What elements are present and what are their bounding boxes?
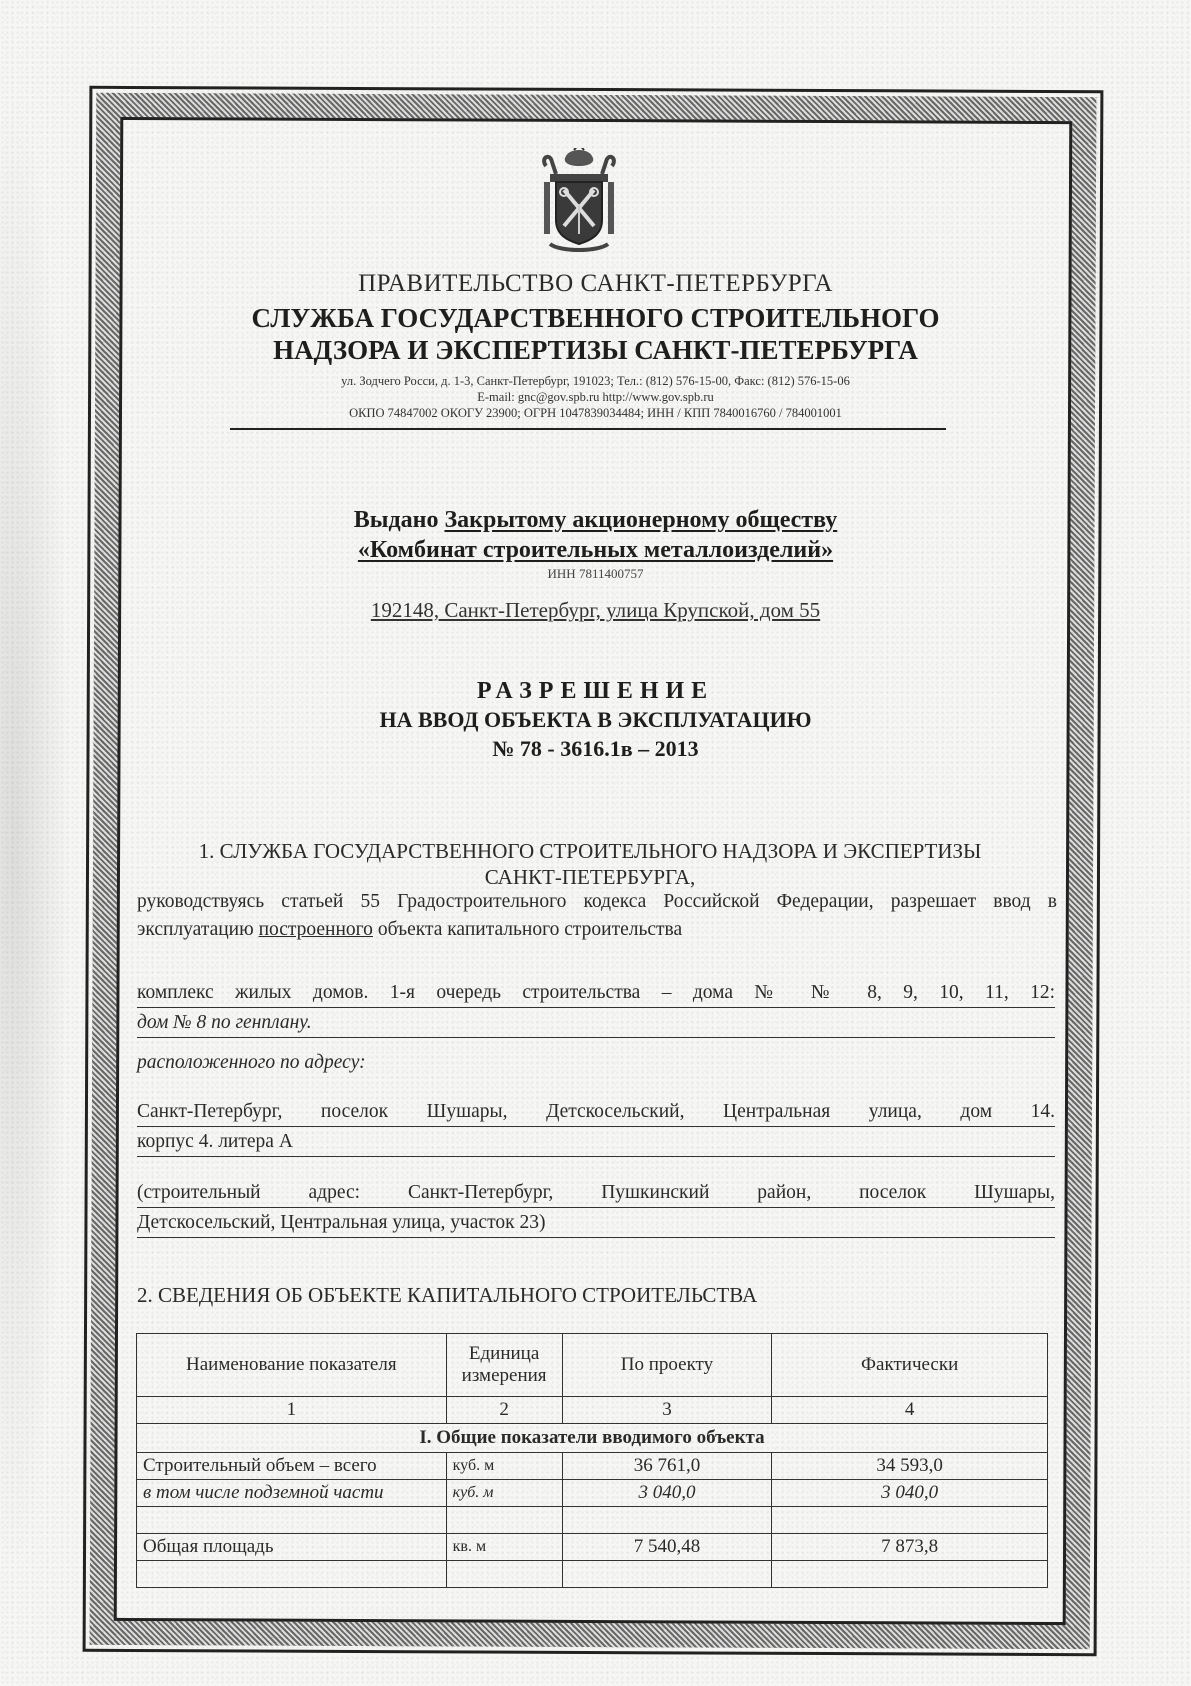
table-row-empty [137,1507,1048,1534]
located-label: расположенного по адресу: [137,1052,366,1074]
row-project: 3 040,0 [562,1480,772,1507]
header-by-project: По проекту [562,1334,772,1397]
object-name-line2: дом № 8 по генплану. [137,1008,1055,1038]
table-row-empty [137,1561,1048,1588]
row-actual [772,1561,1048,1588]
row-unit: кв. м [446,1534,562,1561]
section1-text-part2: объекта капитального строительства [373,919,682,940]
row-unit [446,1561,562,1588]
row-name: Общая площадь [137,1534,447,1561]
section1-text: руководствуясь статьей 55 Градостроитель… [137,888,1057,944]
section1-title-line1: 1. СЛУЖБА ГОСУДАРСТВЕННОГО СТРОИТЕЛЬНОГО… [140,838,1040,864]
permit-subtitle: НА ВВОД ОБЪЕКТА В ЭКСПЛУАТАЦИЮ [0,707,1191,733]
row-name: Строительный объем – всего [137,1453,447,1480]
row-name [137,1507,447,1534]
construction-address-field: (строительный адрес: Санкт-Петербург, Пу… [137,1178,1055,1238]
column-number: 4 [772,1397,1048,1424]
row-actual: 7 873,8 [772,1534,1048,1561]
header-indicator-name: Наименование показателя [137,1334,447,1397]
object-name-line1: комплекс жилых домов. 1-я очередь строит… [137,978,1055,1008]
group-title: I. Общие показатели вводимого объекта [137,1424,1048,1453]
object-address-line2: корпус 4. литера А [137,1127,1055,1157]
permit-number: № 78 - 3616.1в – 2013 [0,736,1191,762]
contacts-codes: ОКПО 74847002 ОКОГУ 23900; ОГРН 10478390… [0,405,1191,421]
row-unit: куб. м [446,1480,562,1507]
table-column-numbers-row: 1 2 3 4 [137,1397,1048,1424]
table-row: Строительный объем – всего куб. м 36 761… [137,1453,1048,1480]
contacts-email-web: E-mail: gnc@gov.spb.ru http://www.gov.sp… [0,389,1191,405]
header-unit: Единица измерения [446,1334,562,1397]
permit-title: РАЗРЕШЕНИЕ [0,678,1191,705]
column-number: 2 [446,1397,562,1424]
service-title-line1: СЛУЖБА ГОСУДАРСТВЕННОГО СТРОИТЕЛЬНОГО [0,302,1191,334]
object-address-field: Санкт-Петербург, поселок Шушары, Детскос… [137,1097,1055,1157]
government-title: ПРАВИТЕЛЬСТВО САНКТ-ПЕТЕРБУРГА [0,270,1191,298]
construction-address-line2: Детскосельский, Центральная улица, участ… [137,1208,1055,1238]
row-project: 7 540,48 [562,1534,772,1561]
issued-address: 192148, Санкт-Петербург, улица Крупской,… [0,598,1191,623]
coat-of-arms-icon [536,148,622,258]
row-actual: 3 040,0 [772,1480,1048,1507]
row-project [562,1561,772,1588]
row-name: в том числе подземной части [137,1480,447,1507]
section1-title-line2: САНКТ-ПЕТЕРБУРГА, [140,864,1040,890]
row-project [562,1507,772,1534]
issued-org-line1: Закрытому акционерному обществу [444,507,837,533]
row-project: 36 761,0 [562,1453,772,1480]
table-row: в том числе подземной части куб. м 3 040… [137,1480,1048,1507]
header-actual: Фактически [772,1334,1048,1397]
table-header-row: Наименование показателя Единица измерени… [137,1334,1048,1397]
object-address-line1: Санкт-Петербург, поселок Шушары, Детскос… [137,1097,1055,1127]
header-divider [230,428,946,430]
row-actual: 34 593,0 [772,1453,1048,1480]
section2-title: 2. СВЕДЕНИЯ ОБ ОБЪЕКТЕ КАПИТАЛЬНОГО СТРО… [137,1283,757,1308]
section1-title: 1. СЛУЖБА ГОСУДАРСТВЕННОГО СТРОИТЕЛЬНОГО… [140,838,1040,890]
contacts-address-phone: ул. Зодчего Росси, д. 1-3, Санкт-Петербу… [0,373,1191,389]
object-details-table: Наименование показателя Единица измерени… [136,1333,1048,1588]
object-name-field: комплекс жилых домов. 1-я очередь строит… [137,978,1055,1038]
row-unit [446,1507,562,1534]
service-title: СЛУЖБА ГОСУДАРСТВЕННОГО СТРОИТЕЛЬНОГО НА… [0,302,1191,366]
issued-inn: ИНН 7811400757 [0,566,1191,582]
issued-prefix: Выдано [354,507,445,533]
column-number: 1 [137,1397,447,1424]
service-title-line2: НАДЗОРА И ЭКСПЕРТИЗЫ САНКТ-ПЕТЕРБУРГА [0,334,1191,366]
row-actual [772,1507,1048,1534]
issued-org-line2: «Комбинат строительных металлоизделий» [358,537,833,563]
row-name [137,1561,447,1588]
column-number: 3 [562,1397,772,1424]
table-row: Общая площадь кв. м 7 540,48 7 873,8 [137,1534,1048,1561]
document-page: ПРАВИТЕЛЬСТВО САНКТ-ПЕТЕРБУРГА СЛУЖБА ГО… [0,0,1191,1686]
issued-to-block: Выдано Закрытому акционерному обществу «… [0,505,1191,565]
contact-details: ул. Зодчего Росси, д. 1-3, Санкт-Петербу… [0,373,1191,421]
table-group-row: I. Общие показатели вводимого объекта [137,1424,1048,1453]
row-unit: куб. м [446,1453,562,1480]
section1-text-underlined: построенного [259,919,373,940]
issued-address-text: 192148, Санкт-Петербург, улица Крупской,… [371,598,820,622]
construction-address-line1: (строительный адрес: Санкт-Петербург, Пу… [137,1178,1055,1208]
